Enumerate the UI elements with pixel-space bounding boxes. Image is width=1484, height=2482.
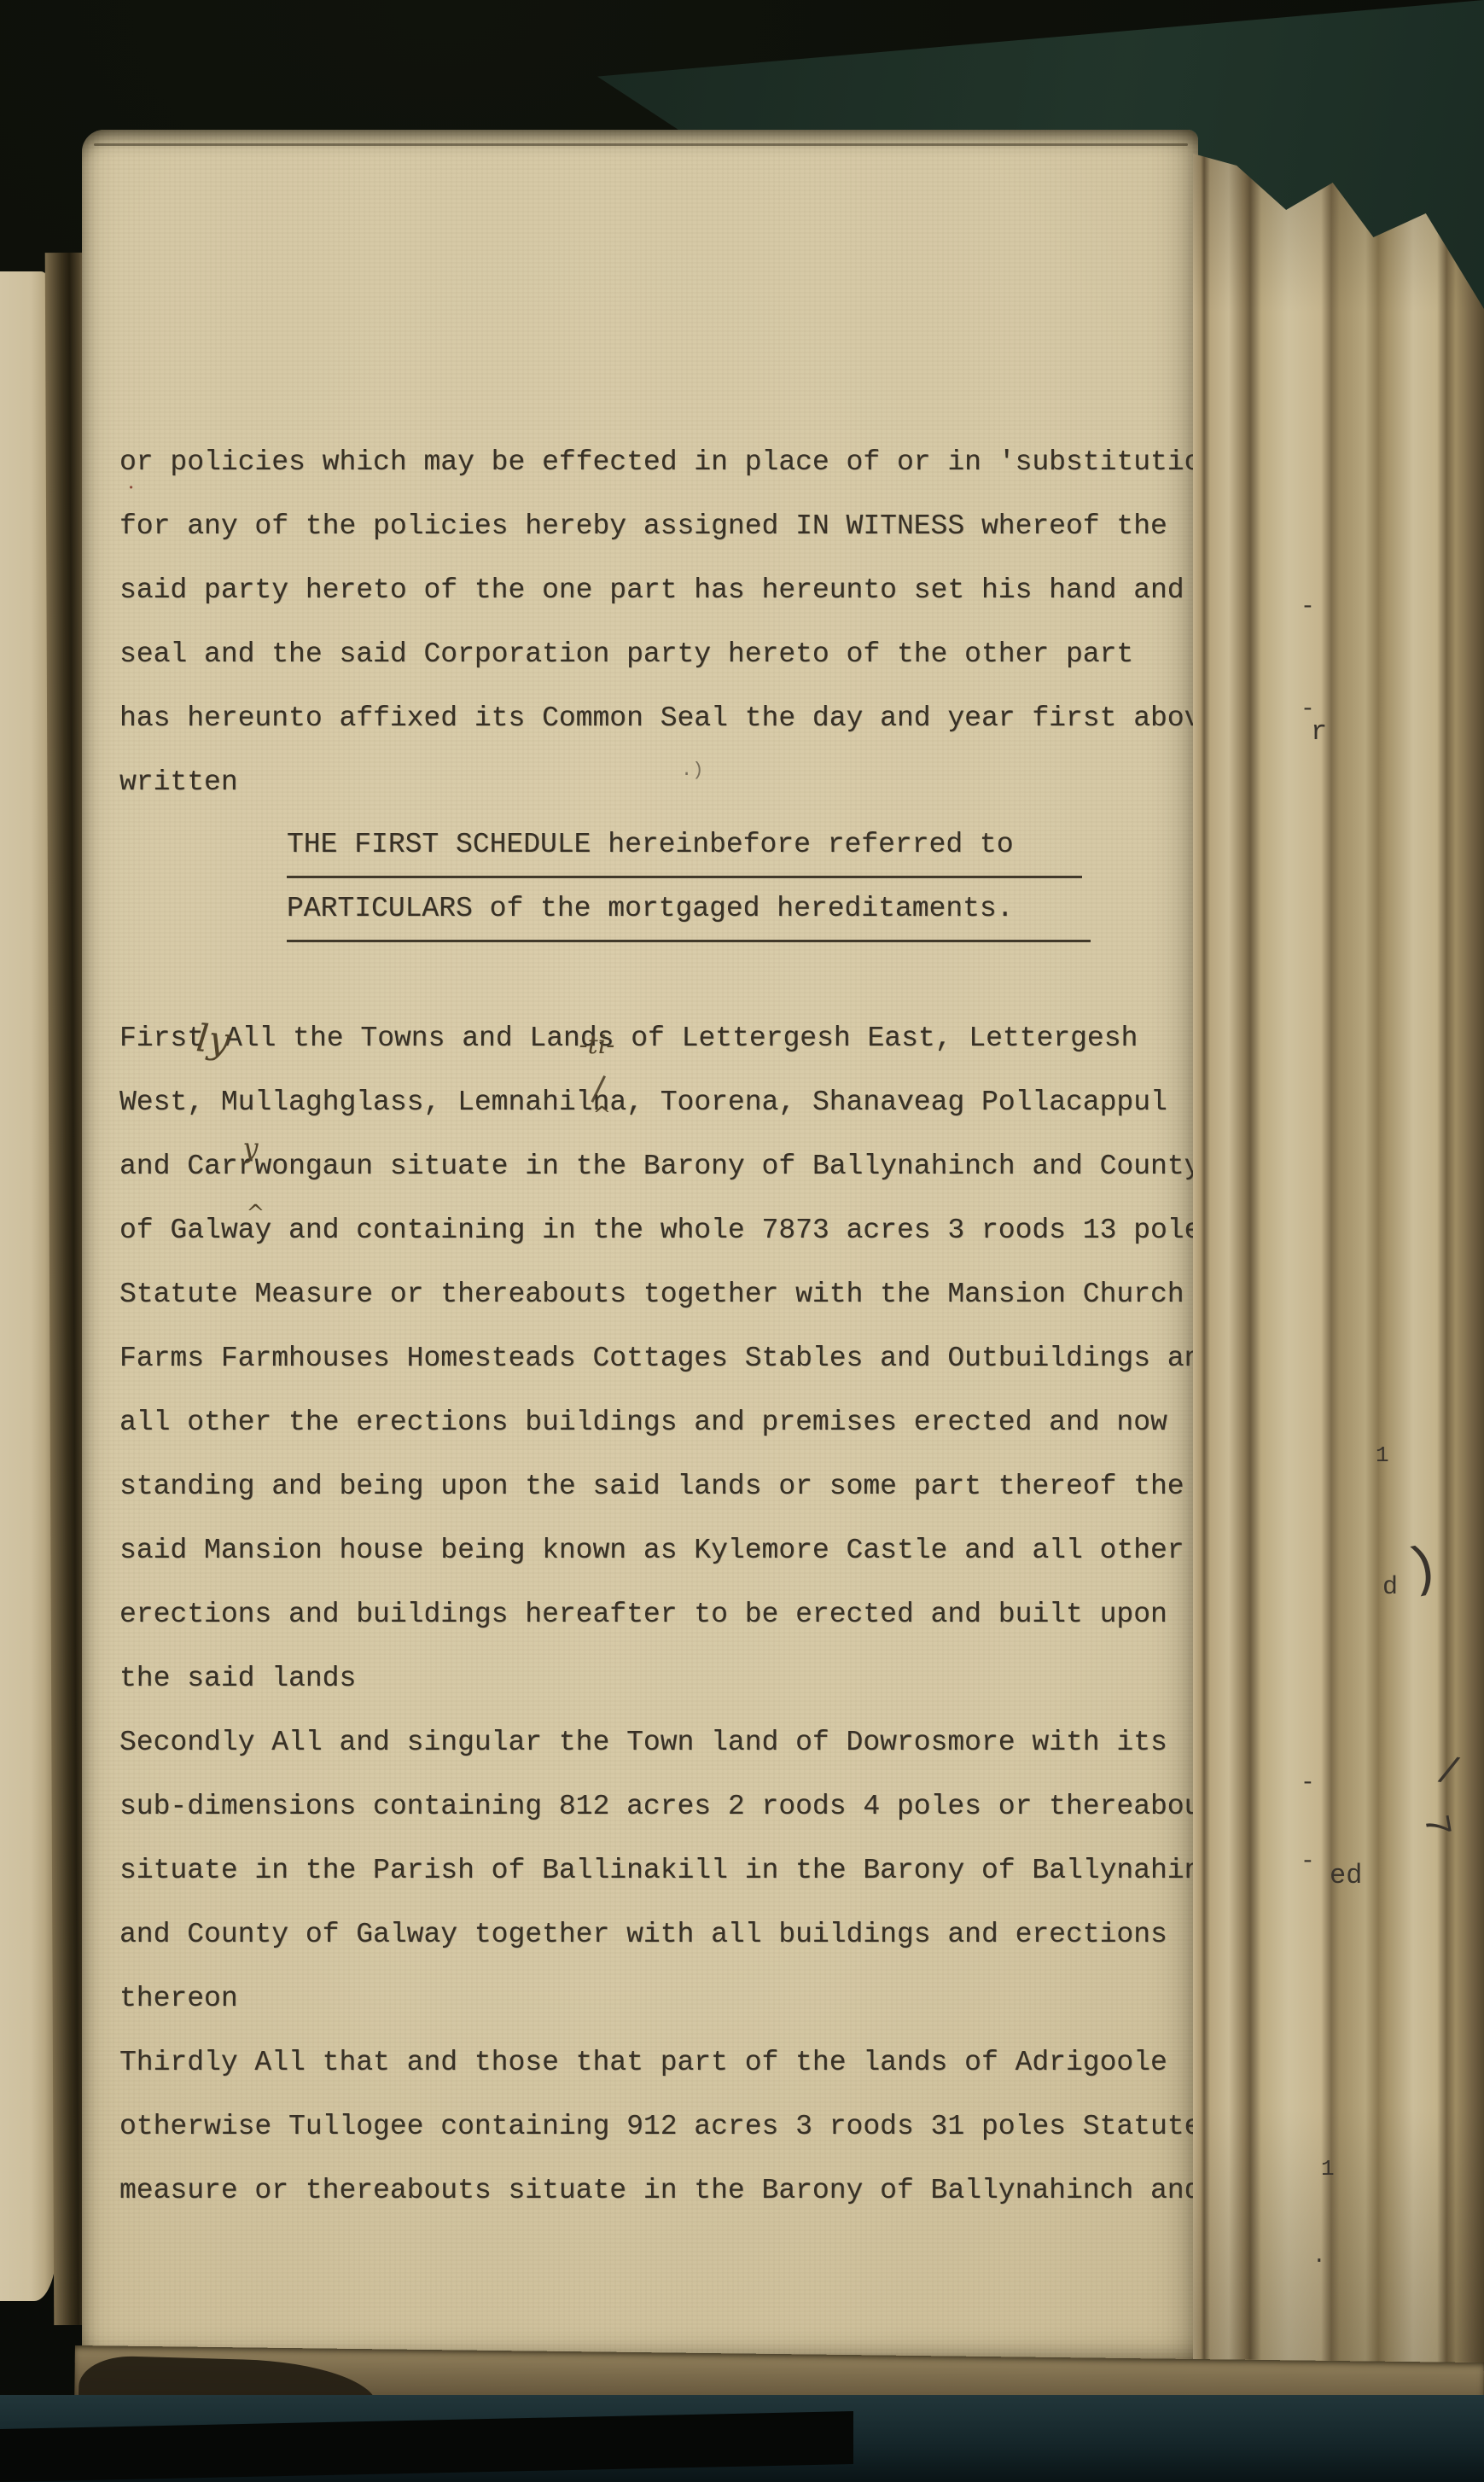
stray-mark: ) xyxy=(1401,1541,1445,1601)
stray-mark: 7 xyxy=(1417,1812,1456,1839)
stray-mark: / xyxy=(1434,1753,1463,1794)
edge-marks: --r1d)/7--ed1..)• xyxy=(0,0,1484,2482)
stray-mark: d xyxy=(1382,1575,1398,1600)
stray-mark: .) xyxy=(681,761,703,780)
stray-mark: ed xyxy=(1330,1862,1362,1890)
stray-mark: • xyxy=(128,483,134,493)
book-photo: or policies which may be effected in pla… xyxy=(0,0,1484,2482)
stray-mark: 1 xyxy=(1321,2158,1335,2180)
stray-mark: 1 xyxy=(1376,1444,1389,1466)
stray-mark: . xyxy=(1312,2245,1326,2267)
stray-mark: r xyxy=(1311,719,1327,746)
stray-mark: - xyxy=(1301,596,1315,620)
stray-mark: - xyxy=(1301,1772,1315,1796)
stray-mark: - xyxy=(1301,1850,1315,1874)
